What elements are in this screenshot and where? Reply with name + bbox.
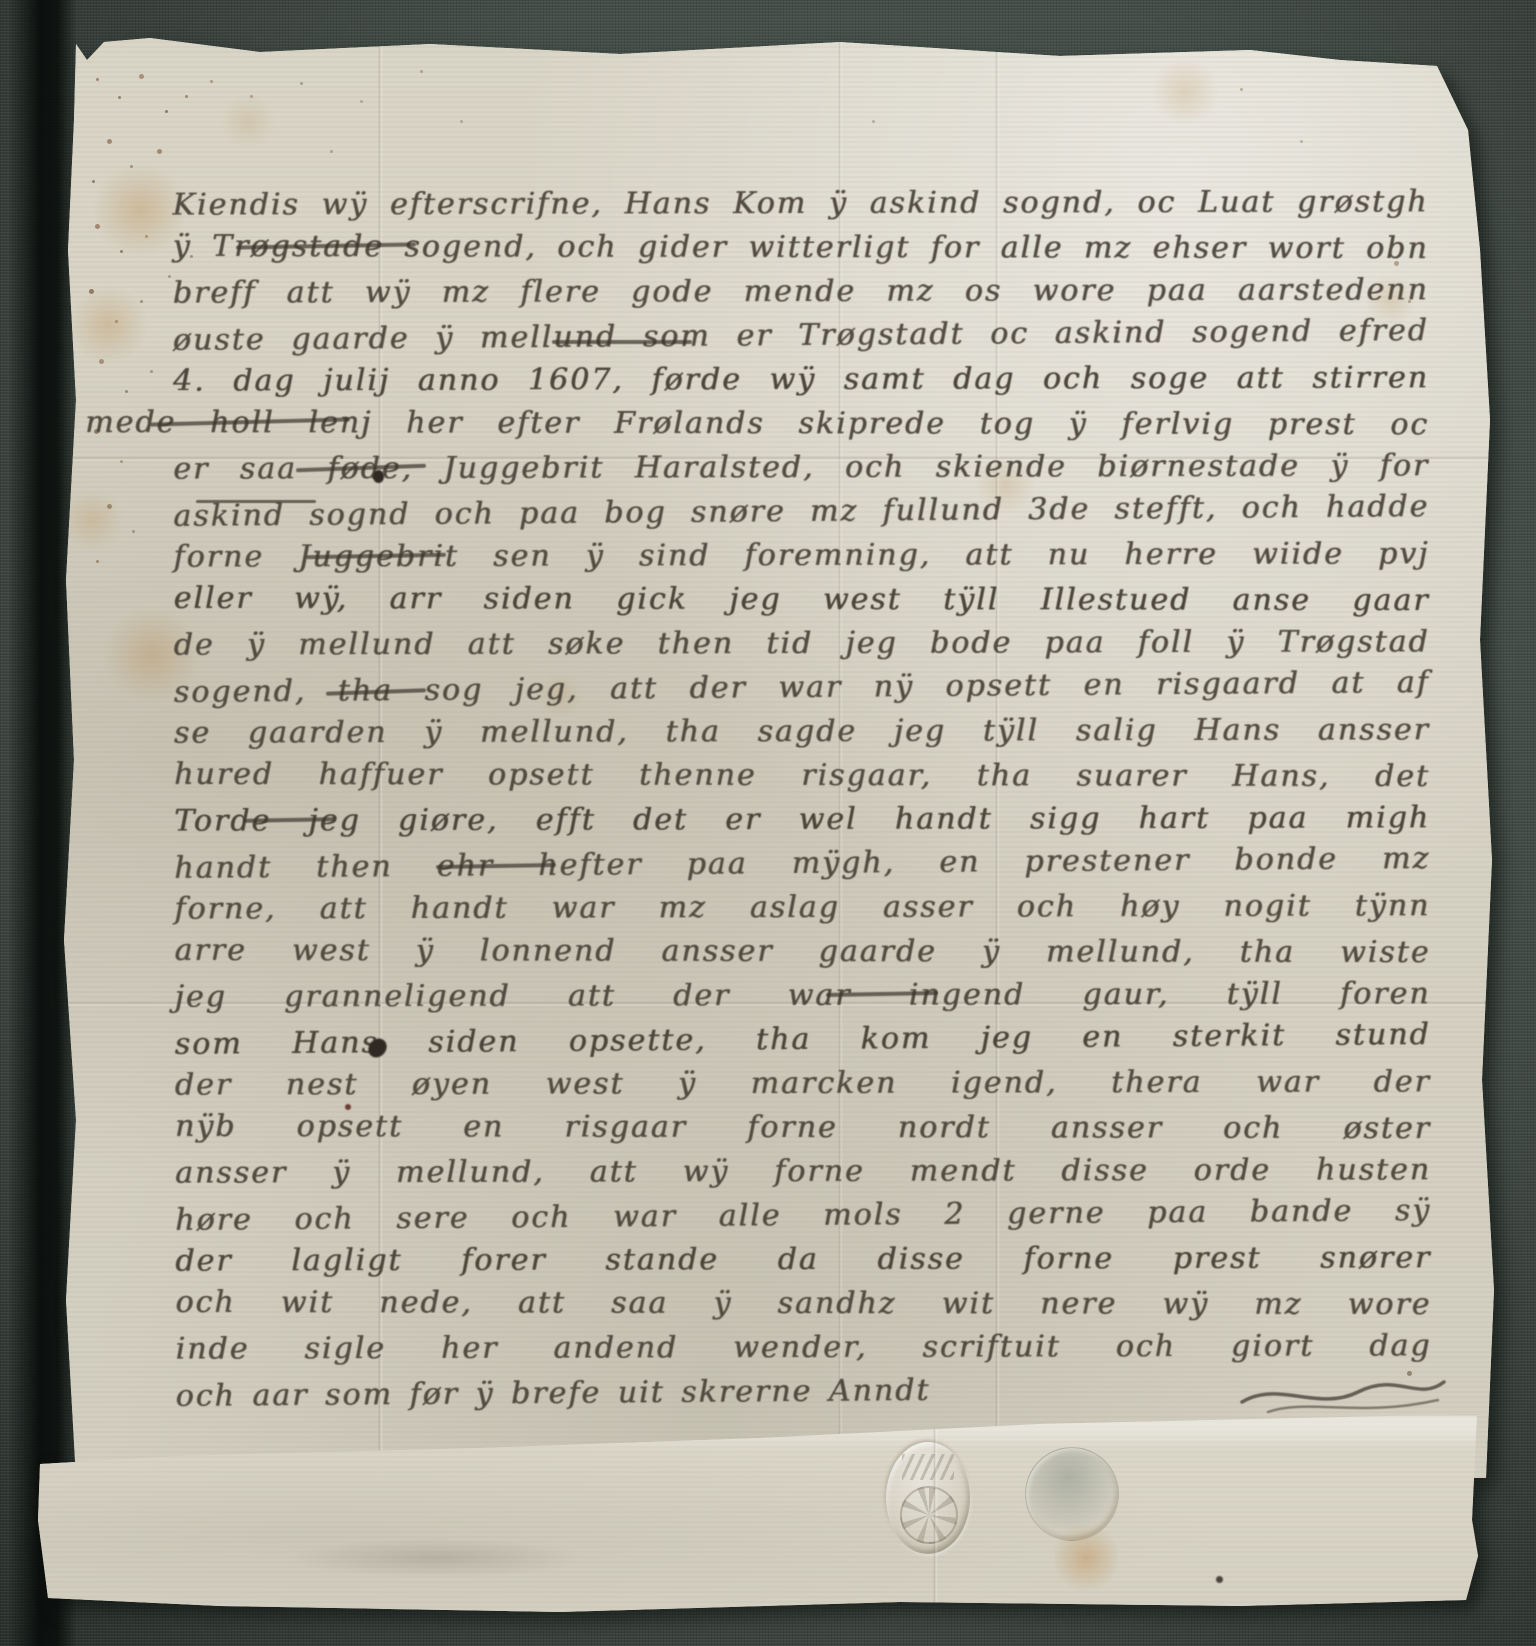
stain (220, 94, 276, 150)
manuscript-line: Torde jeg giøre, efft det er wel handt s… (174, 796, 1430, 843)
manuscript-line: se gaarden ÿ mellund, tha sagde jeg tÿll… (174, 708, 1430, 755)
oval-embossed-seal (886, 1442, 970, 1554)
orange-speckle-stain (1054, 1518, 1118, 1598)
manuscript-line: hured haffuer opsett thenne risgaar, tha… (174, 753, 1430, 799)
manuscript-line: der lagligt forer stande da disse forne … (175, 1236, 1431, 1283)
manuscript-line: forne Juggebrit sen ÿ sind foremning, at… (173, 532, 1429, 579)
archival-scan: Kiendis wÿ efterscrifne, Hans Kom ÿ aski… (0, 0, 1536, 1646)
manuscript-line: der nest øyen west ÿ marcken igend, ther… (175, 1060, 1431, 1107)
manuscript-line: och aar som før ÿ brefe uit skrerne Annd… (175, 1365, 1431, 1419)
dark-speck (1216, 1576, 1223, 1583)
manuscript-line: eller wÿ, arr siden gick jeg west tÿll I… (173, 577, 1429, 623)
manuscript-line: forne, att handt war mz aslag asser och … (174, 884, 1430, 931)
stain (68, 285, 148, 365)
manuscript-line: øuste gaarde ÿ mellund som er Trøgstadt … (173, 309, 1429, 363)
manuscript-line: er saa føde, Juggebrit Haralsted, och sk… (173, 444, 1429, 491)
gray-smudge (286, 1538, 586, 1578)
manuscript-line: och wit nede, att saa ÿ sandhz wit nere … (175, 1281, 1431, 1327)
manuscript-line: de ÿ mellund att søke then tid jeg bode … (174, 620, 1430, 667)
manuscript-line: 4. dag julij anno 1607, førde wÿ samt da… (173, 356, 1429, 403)
seal-engraving-lines (902, 1454, 954, 1480)
stain (60, 488, 124, 552)
manuscript-line: jeg granneligend att der war ingend gaur… (174, 972, 1430, 1019)
manuscript-line: inde sigle her andend wender, scriftuit … (175, 1324, 1431, 1371)
foxing-spots (62, 30, 65, 33)
manuscript-line: askind sognd och paa bog snøre mz fullun… (173, 485, 1429, 539)
manuscript-line: breff att wÿ mz flere gode mende mz os w… (173, 268, 1429, 315)
manuscript-line: som Hans siden opsette, tha kom jeg en s… (174, 1013, 1430, 1067)
manuscript-line: nÿb opsett en risgaar forne nordt ansser… (175, 1105, 1431, 1151)
manuscript-line: høre och sere och war alle mols 2 gerne … (175, 1189, 1431, 1243)
stain (1151, 58, 1219, 126)
manuscript-line: ansser ÿ mellund, att wÿ forne mendt dis… (175, 1148, 1431, 1195)
manuscript-line: Kiendis wÿ efterscrifne, Hans Kom ÿ aski… (172, 180, 1428, 227)
manuscript-line: ÿ Trøgstade sogend, och gider witterligt… (173, 225, 1429, 271)
manuscript-line: handt then ehr hefter paa mÿgh, en prest… (174, 837, 1430, 891)
round-embossed-seal (1025, 1447, 1119, 1541)
fold-crease-vertical (933, 1414, 938, 1612)
seal-wheel-rosette (900, 1486, 958, 1544)
manuscript-line: sogend, tha sog jeg, att der war nÿ opse… (174, 661, 1430, 715)
handwritten-text: Kiendis wÿ efterscrifne, Hans Kom ÿ aski… (172, 180, 1431, 1415)
manuscript-line: arre west ÿ lonnend ansser gaarde ÿ mell… (174, 929, 1430, 975)
paper-wrap: Kiendis wÿ efterscrifne, Hans Kom ÿ aski… (0, 0, 1536, 1646)
manuscript-line: mede holl lenj her efter Frølands skipre… (85, 401, 1429, 447)
